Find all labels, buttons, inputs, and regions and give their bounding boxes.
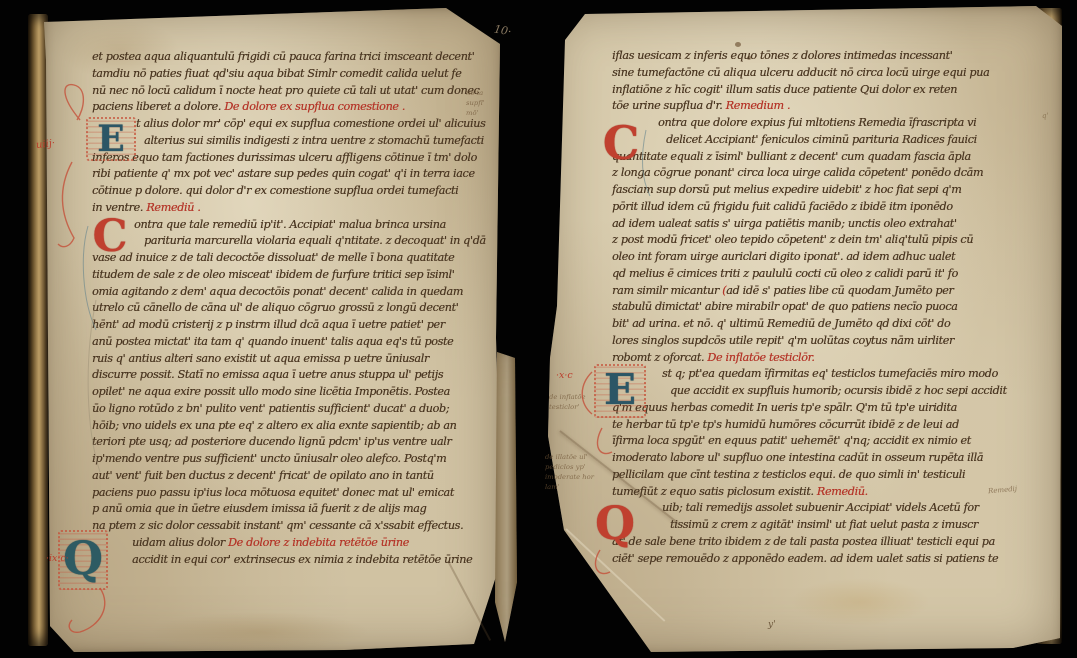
text-line: supfl' — [466, 98, 485, 108]
text-line: no'ta — [466, 88, 485, 98]
manuscript-photo: 10· et postea aqua aliquantulū frigidi c… — [0, 0, 1077, 658]
text-line: p anū omia que in ūetre eiusdem imissa i… — [92, 501, 494, 518]
text-line: īfirma loca spgūt' en equus patit' uehem… — [612, 433, 1032, 450]
text-line: inferos equo tam factiones durissimas ul… — [92, 150, 494, 167]
text-line: imoderate hor — [545, 472, 594, 482]
text-line: lam' — [545, 482, 594, 492]
margin-note-edge: q' — [1042, 112, 1048, 120]
text-line: in ventre. Remediū . — [92, 200, 494, 217]
text-line: lores singlos supdcōs utile repit' q'm u… — [612, 333, 1032, 350]
text-line: et postea aqua aliquantulū frigidi cū pa… — [92, 49, 494, 66]
text-line: accidit in equi cor' extrinsecus ex nimi… — [92, 552, 494, 569]
text-line: utrelo cū cānello de cāna ul' de aliquo … — [92, 300, 494, 317]
text-line: teriori pte usq; ad posteriore ducendo l… — [92, 434, 494, 451]
text-line: delicet Accipiant' feniculos ciminū pari… — [612, 132, 1032, 149]
text-line: q'm equus herbas comedit In ueris tp'e s… — [612, 400, 1032, 417]
text-line: paciens liberet a dolore. De dolore ex s… — [92, 99, 494, 116]
text-line: cōtinue p dolore. qui dolor d'r ex comes… — [92, 183, 494, 200]
text-line: ontra que tale remediū ip'it'. Accipiat'… — [92, 217, 494, 234]
text-line: parituria marcurella violaria equali q'n… — [92, 233, 494, 250]
text-line: tamdiu nō paties fiuat qd'siu aqua bibat… — [92, 66, 494, 83]
text-line: de inflatōe — [549, 392, 586, 402]
text-line: ad idem ualeat satis s' uirga patiētis m… — [612, 216, 1032, 233]
text-line: nū nec nō locū calidum ī nocte heat pro … — [92, 83, 494, 100]
text-line: t alius dolor mr' cōp' equi ex supflua c… — [92, 116, 494, 133]
decorated-initial-Q: Q — [590, 498, 640, 550]
text-line: ip'mendo ventre pus sufficient' uncto ūn… — [92, 451, 494, 468]
gutter-leaf-stub — [495, 352, 517, 642]
bottom-pen-mark: y' — [768, 620, 776, 630]
text-line: ribi patiente q' mx pot vec' astare sup … — [92, 166, 494, 183]
gutter-stub-notes-lower: de illatōe ul'pediclos yp'imoderate horl… — [545, 452, 594, 492]
text-line: hōib; vno uidels ex una pte eq' z altero… — [92, 418, 494, 435]
margin-chapter-number-x: ·x·c — [556, 370, 573, 381]
margin-chapter-number-viij: uiij· — [35, 138, 55, 151]
text-line: anū postea mictat' ita tam q' quando inu… — [92, 334, 494, 351]
text-line: tumefiūt z equo satis piclosum existit. … — [612, 484, 1032, 501]
text-line: de illatōe ul' — [545, 452, 594, 462]
text-line: opilet' ne aqua exire possit ullo modo s… — [92, 384, 494, 401]
text-line: aut' vent' fuit ben ductus z decent' fri… — [92, 468, 494, 485]
text-line: alterius sui similis indigesti z intra u… — [92, 133, 494, 150]
decorated-initial-E: E — [86, 117, 136, 161]
text-line: pellicilam que cīnt testina z testiclos … — [612, 467, 1032, 484]
text-line: tōe urine supflua d'r. Remedium . — [612, 98, 1032, 115]
right-page-text-column: iflas uesicam z inferis equo tōnes z dol… — [612, 48, 1032, 567]
text-line: z post modū fricet' oleo tepido cōpetent… — [612, 232, 1032, 249]
text-line: discurre possit. Statī no emissa aqua ī … — [92, 367, 494, 384]
text-line: ontra que dolore expius fui mltotiens Re… — [612, 115, 1032, 132]
text-line: stabulū dimictat' abire mirabilr opat' d… — [612, 299, 1032, 316]
text-line: pediclos yp' — [545, 462, 594, 472]
decorated-initial-E: E — [594, 364, 646, 418]
text-line: te herbar tū tp'e tp's humidū humōres cō… — [612, 417, 1032, 434]
text-line: uib; tali remedijs assolet subuenir Acci… — [612, 500, 1032, 517]
text-line: paciens puo passu ip'ius loca mōtuosa eq… — [92, 485, 494, 502]
text-line: st q; pt'ea quedam īfirmitas eq' testicl… — [612, 366, 1032, 383]
text-line: uidam alius dolor De dolore z indebita r… — [92, 535, 494, 552]
text-line: mō' — [466, 108, 485, 118]
text-line: ciēt' sepe remouēdo z apponēdo eadem. ad… — [612, 551, 1032, 568]
text-line: titudem de sale z de oleo misceat' ibide… — [92, 267, 494, 284]
text-line: sine tumefactōne cū aliqua ulceru adduci… — [612, 65, 1032, 82]
text-line: omia agitando z dem' aqua decoctōis pona… — [92, 284, 494, 301]
text-line: vase ad inuice z de tali decoctōe dissol… — [92, 250, 494, 267]
text-line: at' de sale bene trito ibidem z de tali … — [612, 534, 1032, 551]
gutter-stub-notes-upper: de inflatōetesticlor' — [549, 392, 586, 412]
folio-number: 10· — [493, 23, 512, 39]
text-line: que accidit ex supfluis humorib; ocursis… — [612, 383, 1032, 400]
decorated-initial-C: C — [598, 118, 644, 168]
fore-edge-margin-notes: no'tasupfl'mō' — [466, 88, 485, 118]
text-line: z longa cōgrue ponant' circa loca uirge … — [612, 165, 1032, 182]
text-line: imoderato labore ul' supfluo one intesti… — [612, 450, 1032, 467]
text-line: qd melius ē cimices triti z paululū coct… — [612, 266, 1032, 283]
book-fore-edge-left — [28, 14, 48, 646]
text-line: ruis q' antius alteri sano existit ut aq… — [92, 351, 494, 368]
text-line: iflas uesicam z inferis equo tōnes z dol… — [612, 48, 1032, 65]
text-line: fasciam sup dorsū put melius expedire ui… — [612, 182, 1032, 199]
text-line: hēnt' ad modū cristerij z p instrm illud… — [92, 317, 494, 334]
text-line: bit' ad urina. et nō. q' ultimū Remediū … — [612, 316, 1032, 333]
text-line: ram similr micantur (ad idē s' paties li… — [612, 283, 1032, 300]
left-page-text-column: et postea aqua aliquantulū frigidi cū pa… — [92, 49, 494, 568]
text-line: quantitate equali z īsiml' bulliant z de… — [612, 149, 1032, 166]
text-line: tissimū z crem z agitāt' insiml' ut fiat… — [612, 517, 1032, 534]
text-line: inflatiōne z hīc cogit' illum satis duce… — [612, 82, 1032, 99]
text-line: na ptem z sic dolor cessabit instant' qm… — [92, 518, 494, 535]
text-line: robomt z oforcat. De inflatōe testiclōr. — [612, 350, 1032, 367]
text-line: pōrit illud idem cū frigidu fuit calidū … — [612, 199, 1032, 216]
text-line: oleo int foram uirge auriclari digito ip… — [612, 249, 1032, 266]
margin-chapter-number-ix: ·ix·c· — [46, 553, 69, 564]
text-line: ūo ligno rotūdo z bn' pulito vent' patie… — [92, 401, 494, 418]
text-line: testiclor' — [549, 402, 586, 412]
decorated-initial-C: C — [90, 214, 130, 260]
